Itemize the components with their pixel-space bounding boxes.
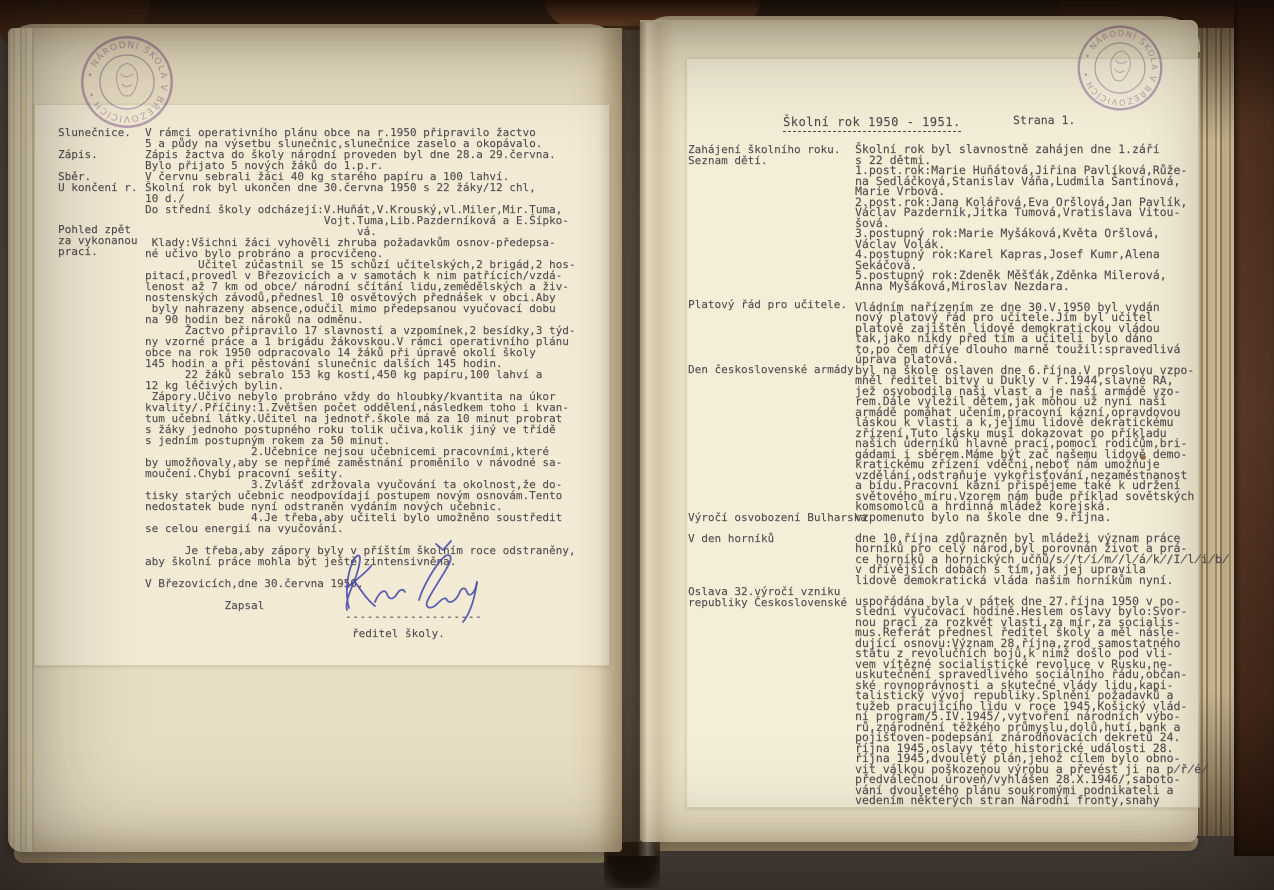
margin-label: Slunečnice.: [58, 127, 131, 138]
margin-label: republiky Československé: [688, 597, 847, 608]
stamp-lion-emblem: [116, 63, 137, 96]
typed-line: Václav Pazderník,Jitka Tumová,Vratislava…: [855, 207, 1229, 218]
stamp-arc-text: • NÁRODNÍ ŠKOLA V BŘEZOVICÍCH •: [86, 40, 168, 123]
stamp-arc-text: • NÁRODNÍ ŠKOLA V BŘEZOVICÍCH •: [1075, 22, 1166, 113]
book-scan: • NÁRODNÍ ŠKOLA V BŘEZOVICÍCH • Slunečni…: [0, 0, 1274, 890]
margin-label: Platový řád pro učitele.: [688, 299, 847, 310]
margin-label: Výročí osvobození Bulharska: [688, 512, 867, 523]
margin-label: Den československé armády: [688, 364, 854, 375]
typed-line: Školní rok byl ukončen dne 30.června 195…: [145, 182, 575, 193]
margin-label: V den horníků: [688, 533, 774, 544]
right-page: • NÁRODNÍ ŠKOLA V BŘEZOVICÍCH • Školní r…: [640, 20, 1198, 842]
typed-line: Anna Myšáková,Miroslav Nezdara.: [855, 281, 1229, 292]
page-heading: Školní rok 1950 - 1951.: [783, 115, 961, 132]
typed-line: se celou energií na vyučování.: [145, 523, 575, 534]
left-page: • NÁRODNÍ ŠKOLA V BŘEZOVICÍCH • Slunečni…: [8, 28, 622, 852]
signature-handwriting: [335, 536, 485, 631]
school-stamp: • NÁRODNÍ ŠKOLA V BŘEZOVICÍCH •: [75, 30, 179, 134]
svg-text:• NÁRODNÍ ŠKOLA V BŘEZOVICÍCH: • NÁRODNÍ ŠKOLA V BŘEZOVICÍCH •: [86, 40, 168, 123]
margin-label: prací.: [58, 246, 98, 257]
svg-text:• NÁRODNÍ ŠKOLA V BŘEZOVICÍCH: • NÁRODNÍ ŠKOLA V BŘEZOVICÍCH •: [1075, 22, 1166, 113]
school-stamp: • NÁRODNÍ ŠKOLA V BŘEZOVICÍCH •: [1065, 13, 1175, 123]
margin-label: U končení r.: [58, 182, 137, 193]
typed-text-block-right: Školní rok byl slavnostně zahájen dne 1.…: [855, 144, 1229, 806]
paper-stain: [1140, 455, 1146, 460]
typed-line: lidově demokratická vláda našim horníkům…: [855, 575, 1229, 586]
book-cover-right: [1234, 4, 1274, 856]
page-number: Strana 1.: [1013, 113, 1075, 127]
margin-label: Zápis.: [58, 149, 98, 160]
margin-label: Seznam dětí.: [688, 155, 767, 166]
typed-line: vzpomenuto bylo na škole dne 9.října.: [855, 512, 1229, 523]
stamp-lion-emblem: [1108, 49, 1132, 82]
